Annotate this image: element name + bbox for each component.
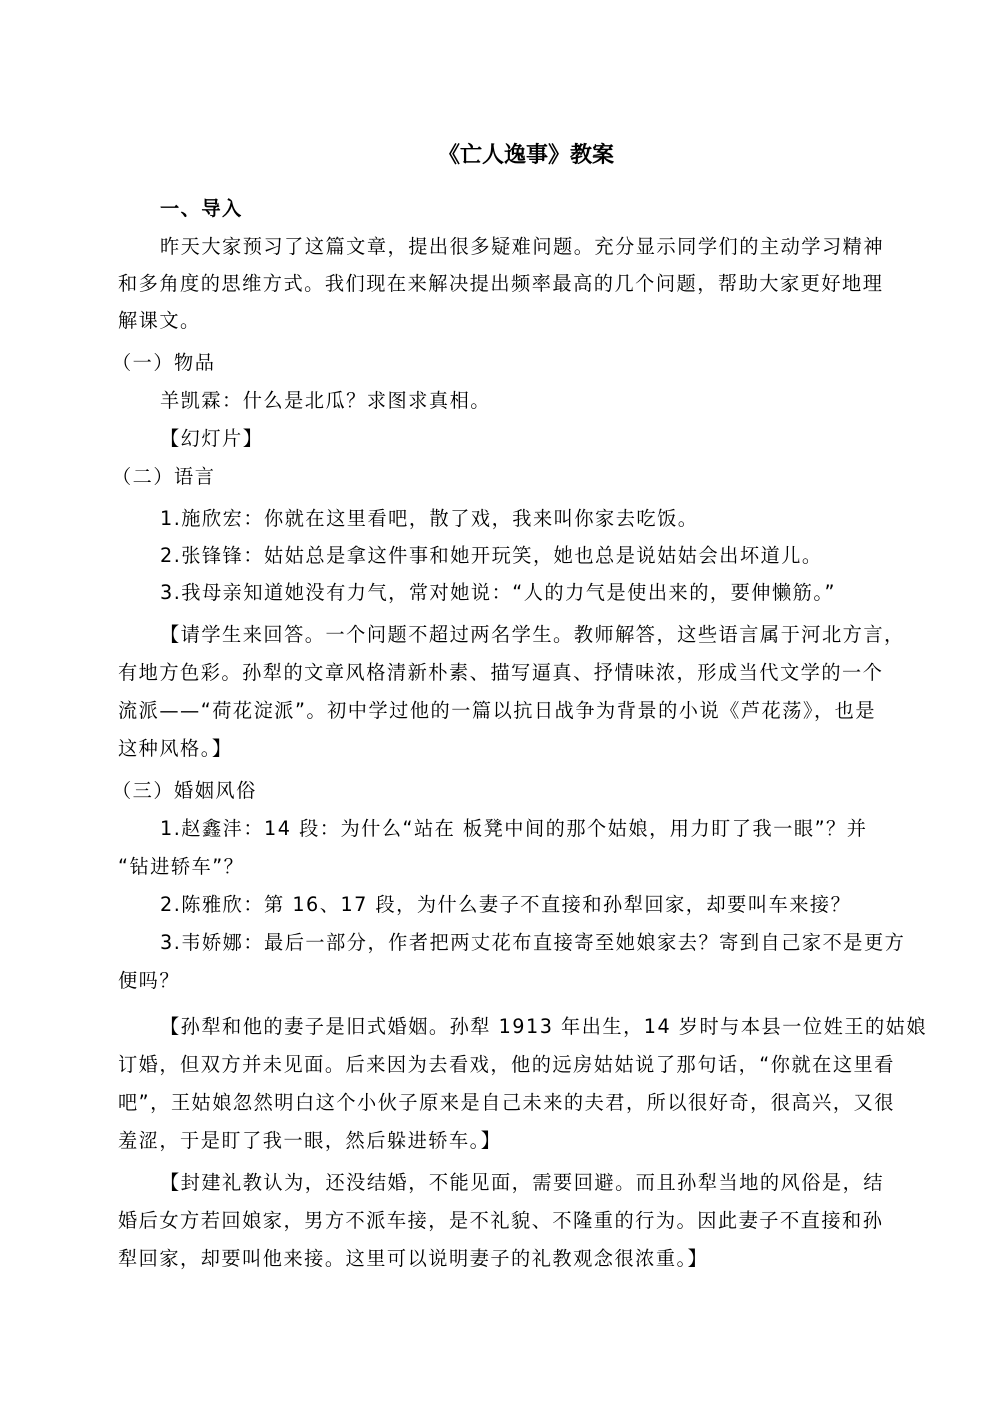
text-line: 羞涩，于是盯了我一眼，然后躲进轿车。】 (118, 1126, 858, 1156)
text-line: 这种风格。】 (118, 734, 858, 764)
text-line: 1.施欣宏：你就在这里看吧，散了戏，我来叫你家去吃饭。 (160, 504, 858, 534)
text-line: “钻进轿车”？ (118, 852, 858, 882)
text-line: （三）婚姻风俗 (112, 776, 810, 806)
text-line: 【幻灯片】 (160, 424, 900, 454)
text-line: 婚后女方若回娘家，男方不派车接，是不礼貌、不隆重的行为。因此妻子不直接和孙 (118, 1206, 858, 1236)
text-line: 3.我母亲知道她没有力气，常对她说：“人的力气是使出来的，要伸懒筋。” (160, 578, 858, 608)
text-line: 【封建礼教认为，还没结婚，不能见面，需要回避。而且孙犁当地的风俗是，结 (160, 1168, 858, 1198)
text-line: 羊凯霖：什么是北瓜？求图求真相。 (160, 386, 900, 416)
text-line: 吧”，王姑娘忽然明白这个小伙子原来是自己未来的夫君，所以很好奇，很高兴，又很 (118, 1088, 858, 1118)
text-line: 3.韦娇娜：最后一部分，作者把两丈花布直接寄至她娘家去？寄到自己家不是更方 (160, 928, 858, 958)
text-line: 昨天大家预习了这篇文章，提出很多疑难问题。充分显示同学们的主动学习精神 (160, 232, 858, 262)
text-line: 1.赵鑫沣：14 段：为什么“站在 板凳中间的那个姑娘，用力盯了我一眼”？并 (160, 814, 858, 844)
text-line: 犁回家，却要叫他来接。这里可以说明妻子的礼教观念很浓重。】 (118, 1244, 858, 1274)
text-line: 【请学生来回答。一个问题不超过两名学生。教师解答，这些语言属于河北方言， (160, 620, 858, 650)
section-heading: 一、导入 (160, 194, 858, 224)
text-line: 订婚，但双方并未见面。后来因为去看戏，他的远房姑姑说了那句话，“你就在这里看 (118, 1050, 858, 1080)
document-page: 《亡人逸事》教案 一、导入昨天大家预习了这篇文章，提出很多疑难问题。充分显示同学… (0, 0, 993, 1404)
text-line: 有地方色彩。孙犁的文章风格清新朴素、描写逼真、抒情味浓，形成当代文学的一个 (118, 658, 858, 688)
text-line: 2.陈雅欣：第 16、17 段，为什么妻子不直接和孙犁回家，却要叫车来接？ (160, 890, 858, 920)
document-title: 《亡人逸事》教案 (0, 139, 993, 171)
text-line: （二）语言 (112, 462, 810, 492)
text-line: （一）物品 (112, 348, 810, 378)
text-line: 便吗？ (118, 966, 858, 996)
text-line: 解课文。 (118, 306, 858, 336)
text-line: 【孙犁和他的妻子是旧式婚姻。孙犁 1913 年出生，14 岁时与本县一位姓王的姑… (160, 1012, 858, 1042)
text-line: 和多角度的思维方式。我们现在来解决提出频率最高的几个问题，帮助大家更好地理 (118, 269, 858, 299)
text-line: 流派——“荷花淀派”。初中学过他的一篇以抗日战争为背景的小说《芦花荡》，也是 (118, 696, 858, 726)
text-line: 2.张锋锋：姑姑总是拿这件事和她开玩笑，她也总是说姑姑会出坏道儿。 (160, 541, 858, 571)
